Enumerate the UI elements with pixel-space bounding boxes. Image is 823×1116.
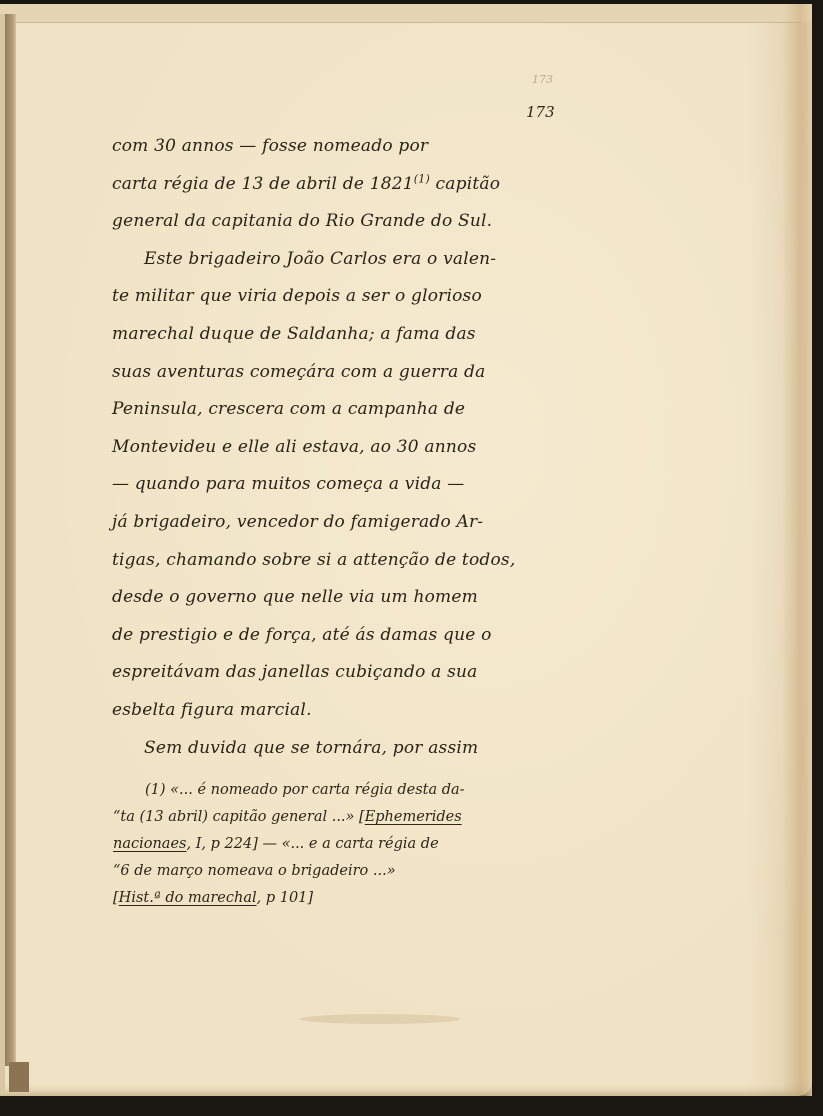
body-line: espreitávam das janellas cubiçando a sua — [112, 654, 582, 692]
footnote-line: nacionaes, I, p 224] — «... e a carta ré… — [113, 831, 583, 858]
line-text: suas aventuras começára com a guerra da — [112, 362, 485, 382]
body-text: com 30 annos — fosse nomeado por carta r… — [112, 128, 582, 767]
line-text: te militar que viria depois a ser o glor… — [112, 286, 482, 306]
paper-crease — [300, 1014, 460, 1024]
body-line: já brigadeiro, vencedor do famigerado Ar… — [112, 504, 582, 542]
line-text: tigas, chamando sobre si a attenção de t… — [112, 550, 515, 570]
line-text: general da capitania do Rio Grande do Su… — [112, 211, 492, 231]
footnote-text: “ta (13 abril) capitão general ...» [ — [113, 809, 365, 825]
line-text: — quando para muitos começa a vida — — [112, 474, 464, 494]
cited-title: nacionaes — [113, 836, 186, 852]
body-line: Este brigadeiro João Carlos era o valen- — [112, 241, 582, 279]
cited-title: Hist.ª do marechal — [119, 890, 257, 906]
page-number: 173 — [526, 103, 555, 121]
footnote-line: “ta (13 abril) capitão general ...» [Eph… — [113, 804, 583, 831]
body-line: de prestigio e de força, até ás damas qu… — [112, 617, 582, 655]
body-line: Sem duvida que se tornára, por assim — [112, 730, 582, 768]
cited-title: Ephemerides — [365, 809, 462, 825]
line-text: Peninsula, crescera com a campanha de — [112, 399, 465, 419]
line-text: esbelta figura marcial. — [112, 700, 312, 720]
footnote-text: (1) «... é nomeado por carta régia desta… — [145, 782, 465, 798]
body-line: Peninsula, crescera com a campanha de — [112, 391, 582, 429]
line-text: carta régia de 13 de abril de 1821 — [112, 174, 414, 194]
pencil-page-number: 173 — [532, 73, 553, 86]
body-line: — quando para muitos começa a vida — — [112, 466, 582, 504]
line-text: desde o governo que nelle via um homem — [112, 587, 478, 607]
deckled-right-edge — [782, 4, 812, 1096]
line-text: espreitávam das janellas cubiçando a sua — [112, 662, 477, 682]
footnote: (1) «... é nomeado por carta régia desta… — [113, 777, 583, 912]
footnote-text: , p 101] — [257, 890, 313, 906]
line-text: já brigadeiro, vencedor do famigerado Ar… — [112, 512, 483, 532]
line-text: de prestigio e de força, até ás damas qu… — [112, 625, 492, 645]
line-text: Este brigadeiro João Carlos era o valen- — [144, 249, 496, 269]
body-line: tigas, chamando sobre si a attenção de t… — [112, 542, 582, 580]
footnote-text: , I, p 224] — «... e a carta régia de — [186, 836, 438, 852]
manuscript-page: 173 173 com 30 annos — fosse nomeado por… — [0, 4, 812, 1096]
line-text: capitão — [430, 174, 500, 194]
binding-spine-shadow — [5, 14, 16, 1066]
body-line: Montevideu e elle ali estava, ao 30 anno… — [112, 429, 582, 467]
page-top-edge — [0, 4, 812, 23]
body-line: carta régia de 13 de abril de 1821(1) ca… — [112, 166, 582, 204]
body-line: suas aventuras começára com a guerra da — [112, 354, 582, 392]
line-text: marechal duque de Saldanha; a fama das — [112, 324, 476, 344]
body-line: esbelta figura marcial. — [112, 692, 582, 730]
line-text: com 30 annos — fosse nomeado por — [112, 136, 428, 156]
footnote-line: “6 de março nomeava o brigadeiro ...» — [113, 858, 583, 885]
footnote-reference: (1) — [414, 172, 430, 185]
body-line: com 30 annos — fosse nomeado por — [112, 128, 582, 166]
footnote-line: [Hist.ª do marechal, p 101] — [113, 885, 583, 912]
footnote-text: “6 de março nomeava o brigadeiro ...» — [113, 863, 396, 879]
line-text: Montevideu e elle ali estava, ao 30 anno… — [112, 437, 476, 457]
body-line: general da capitania do Rio Grande do Su… — [112, 203, 582, 241]
binding-foot — [9, 1062, 29, 1092]
body-line: marechal duque de Saldanha; a fama das — [112, 316, 582, 354]
footnote-line: (1) «... é nomeado por carta régia desta… — [113, 777, 583, 804]
line-text: Sem duvida que se tornára, por assim — [144, 738, 478, 758]
body-line: desde o governo que nelle via um homem — [112, 579, 582, 617]
body-line: te militar que viria depois a ser o glor… — [112, 278, 582, 316]
